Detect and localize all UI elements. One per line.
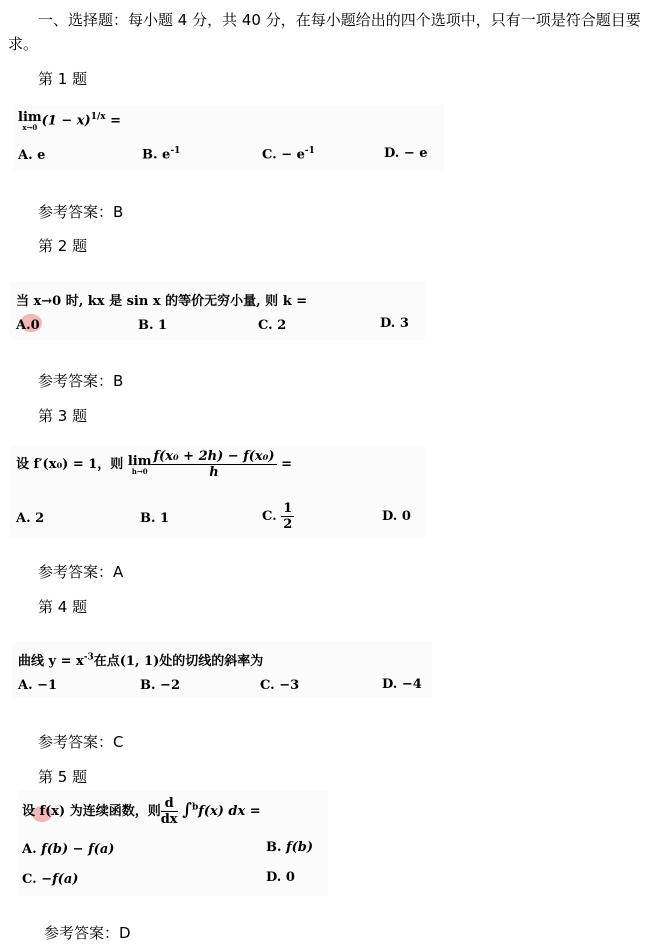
question-2-option-b: B. 1 <box>138 318 167 333</box>
question-3-image: 设 f′(x₀) = 1，则 limh→0f(x₀ + 2h) − f(x₀)h… <box>10 445 425 537</box>
question-3-stem: 设 f′(x₀) = 1，则 limh→0f(x₀ + 2h) − f(x₀)h… <box>16 449 292 480</box>
question-2-option-c: C. 2 <box>258 318 286 333</box>
question-5-stem: 设 f(x) 为连续函数，则ddx ∫bf(x) dx = <box>22 796 261 827</box>
question-1-option-a: A. e <box>18 148 45 163</box>
question-1-option-d: D. − e <box>384 146 428 161</box>
question-2-label: 第 2 题 <box>38 235 87 256</box>
question-1-option-c: C. − e-1 <box>262 146 315 162</box>
question-1-label: 第 1 题 <box>38 68 87 89</box>
question-2-option-d: D. 3 <box>380 316 409 331</box>
question-2-image: 当 x→0 时, kx 是 sin x 的等价无穷小量, 则 k = A.0 B… <box>10 282 425 340</box>
question-1-option-b: B. e-1 <box>142 146 180 162</box>
question-5-answer: 参考答案：D <box>44 922 131 943</box>
question-5-option-d: D. 0 <box>266 870 295 885</box>
question-4-option-d: D. −4 <box>382 677 422 692</box>
question-3-option-a: A. 2 <box>16 511 44 526</box>
question-5-image: 设 f(x) 为连续函数，则ddx ∫bf(x) dx = A. f(b) − … <box>18 790 328 896</box>
question-5-label: 第 5 题 <box>38 766 87 787</box>
question-4-stem: 曲线 y = x-3在点(1, 1)处的切线的斜率为 <box>18 650 263 669</box>
question-5-option-a: A. f(b) − f(a) <box>22 842 114 857</box>
question-5-option-c: C. −f(a) <box>22 872 78 887</box>
question-4-option-a: A. −1 <box>18 678 57 693</box>
question-2-option-a: A.0 <box>16 318 40 333</box>
integral-sign: ∫ <box>182 800 192 820</box>
question-4-image: 曲线 y = x-3在点(1, 1)处的切线的斜率为 A. −1 B. −2 C… <box>12 642 432 698</box>
question-2-stem: 当 x→0 时, kx 是 sin x 的等价无穷小量, 则 k = <box>16 290 307 309</box>
question-4-label: 第 4 题 <box>38 596 87 617</box>
derivative-operator: ddx <box>161 796 178 827</box>
section-intro: 一、选择题：每小题 4 分，共 40 分，在每小题给出的四个选项中，只有一项是符… <box>8 8 663 56</box>
question-4-answer: 参考答案：C <box>38 731 124 752</box>
question-3-option-b: B. 1 <box>140 511 169 526</box>
question-1-answer: 参考答案：B <box>38 201 123 222</box>
question-3-option-c: C. 12 <box>262 501 294 532</box>
question-1-image: limx→0(1 − x)1/x = A. e B. e-1 C. − e-1 … <box>14 105 444 171</box>
question-3-answer: 参考答案：A <box>38 561 123 582</box>
limit-operator: limh→0 <box>128 455 152 475</box>
question-1-stem: limx→0(1 − x)1/x = <box>18 111 121 131</box>
question-2-answer: 参考答案：B <box>38 370 123 391</box>
limit-operator: limx→0 <box>18 111 42 131</box>
question-3-label: 第 3 题 <box>38 405 87 426</box>
difference-quotient: f(x₀ + 2h) − f(x₀)h <box>151 449 276 480</box>
question-5-option-b: B. f(b) <box>266 840 313 855</box>
question-4-option-c: C. −3 <box>260 678 299 693</box>
question-3-option-d: D. 0 <box>382 509 411 524</box>
question-4-option-b: B. −2 <box>140 678 180 693</box>
